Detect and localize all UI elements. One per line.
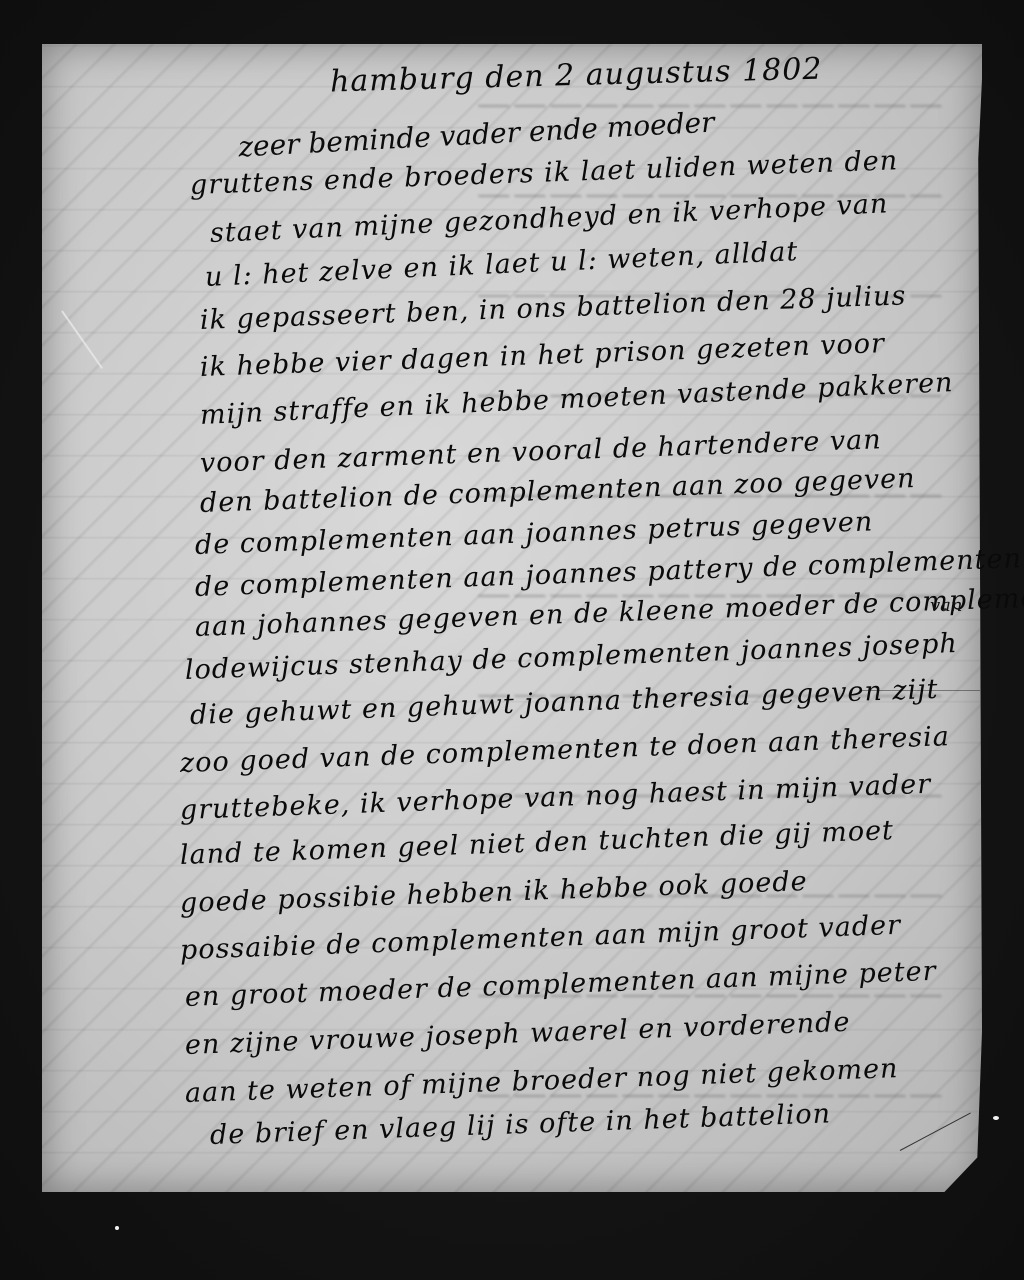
margin-insertion: van bbox=[930, 595, 963, 616]
letter-line: possaibie de complementen aan mijn groot… bbox=[179, 910, 901, 966]
letter-line: goede possibie hebben ik hebbe ook goede bbox=[179, 866, 808, 919]
letter-line: ik gepasseert ben, in ons battelion den … bbox=[199, 280, 906, 336]
letter-body: gruttens ende broeders ik laet uliden we… bbox=[0, 0, 1024, 1280]
letter-line: de brief en vlaeg lij is ofte in het bat… bbox=[209, 1098, 831, 1151]
letter-line: en groot moeder de complementen aan mijn… bbox=[184, 956, 937, 1013]
letter-line: zoo goed van de complementen te doen aan… bbox=[179, 721, 950, 779]
letter-line: land te komen geel niet den tuchten die … bbox=[179, 815, 894, 871]
scan-background: ————————————— ————————————— ————————————… bbox=[0, 0, 1024, 1280]
letter-line: die gehuwt en gehuwt joanna theresia geg… bbox=[189, 674, 939, 731]
letter-line: en zijne vrouwe joseph waerel en vordere… bbox=[184, 1007, 850, 1061]
